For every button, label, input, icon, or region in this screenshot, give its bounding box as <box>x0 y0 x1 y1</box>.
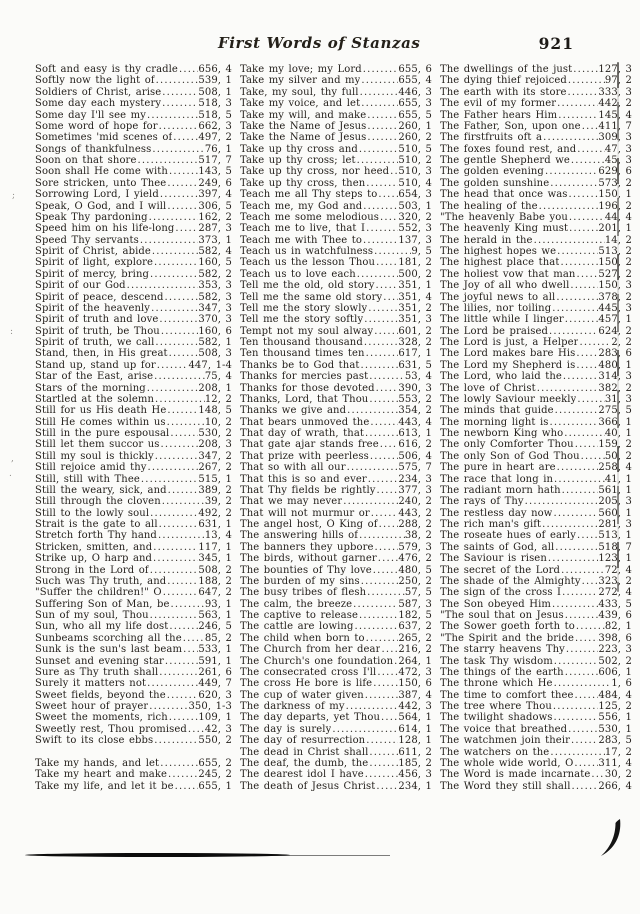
entry-ref: 351, 4 <box>398 292 432 303</box>
entry-first-words: The Word they still shall <box>440 781 571 792</box>
index-entry: Speak, O God, and I will................… <box>35 201 232 212</box>
entry-ref: 582, 4 <box>198 246 232 257</box>
dot-leader: ........................................… <box>367 303 398 314</box>
index-entry: Strike up, O harp and...................… <box>35 553 232 564</box>
entry-first-words: Strong in the Lord of <box>35 565 149 576</box>
entry-first-words: Thanks for mercies past <box>240 371 368 382</box>
entry-ref: 260, 1 <box>398 121 432 132</box>
entry-first-words: The child when born to <box>240 633 365 644</box>
dot-leader: ........................................… <box>149 565 199 576</box>
dot-leader: ........................................… <box>187 724 205 735</box>
entry-ref: 397, 4 <box>198 189 232 200</box>
entry-first-words: Stretch forth Thy hand <box>35 530 157 541</box>
entry-first-words: Take my life, and let it be <box>35 781 174 792</box>
dot-leader: ........................................… <box>563 428 605 439</box>
entry-first-words: Star of the East, arise <box>35 371 153 382</box>
entry-first-words: That gate ajar stands free <box>240 439 379 450</box>
entry-ref: 160, 5 <box>198 257 232 268</box>
index-entry: The watchers on the.....................… <box>440 747 632 758</box>
dot-leader: ........................................… <box>564 610 599 621</box>
entry-first-words: That will not murmur or <box>240 508 370 519</box>
index-entry: Teach me some melodious.................… <box>240 212 432 223</box>
index-entry: Songs of thankfulness...................… <box>35 144 232 155</box>
entry-first-words: The dead in Christ shall <box>240 747 368 758</box>
dot-leader: ........................................… <box>152 542 198 553</box>
entry-ref: 148, 5 <box>198 405 232 416</box>
index-entry: The radiant morn hath...................… <box>440 485 632 496</box>
entry-ref: 506, 4 <box>398 451 432 462</box>
entry-ref: 109, 1 <box>198 712 232 723</box>
entry-ref: 351, 2 <box>398 303 432 314</box>
entry-first-words: The Lord makes bare His <box>440 348 575 359</box>
index-entry: Teach us to love each...................… <box>240 269 432 280</box>
dot-leader: ........................................… <box>170 599 205 610</box>
dot-leader: ........................................… <box>369 417 398 428</box>
index-entry: Tell me the same old story..............… <box>240 292 432 303</box>
entry-first-words: That day of wrath, that <box>240 428 364 439</box>
entry-ref: 513, 2 <box>598 246 632 257</box>
dot-leader: ........................................… <box>342 496 398 507</box>
index-entry: "The Spirit and the bride...............… <box>440 633 632 644</box>
entry-first-words: Take up thy cross; let <box>240 155 356 166</box>
entry-ref: 484, 4 <box>598 690 632 701</box>
entry-ref: 508, 2 <box>198 565 232 576</box>
index-entry: That prize with peerless................… <box>240 451 432 462</box>
entry-first-words: The cattle are lowing <box>240 621 353 632</box>
entry-ref: 261, 6 <box>198 667 232 678</box>
index-entry: Sunk is the sun's last beam.............… <box>35 644 232 655</box>
index-entry: The dead in Christ shall................… <box>240 747 432 758</box>
dot-leader: ........................................… <box>161 496 205 507</box>
entry-first-words: That so with all our <box>240 462 346 473</box>
dot-leader: ........................................… <box>375 280 399 291</box>
entry-first-words: Tell me the old, old story <box>240 280 375 291</box>
index-entry: Stand, then, in His great...............… <box>35 348 232 359</box>
entry-ref: 624, 2 <box>598 326 632 337</box>
index-entry: The Word is made incarnate..............… <box>440 769 632 780</box>
entry-first-words: Take the Name of Jesus <box>240 121 366 132</box>
dot-leader: ........................................… <box>369 451 399 462</box>
entry-ref: 476, 2 <box>398 553 432 564</box>
entry-first-words: Teach us to love each <box>240 269 356 280</box>
dot-leader: ........................................… <box>590 769 604 780</box>
entry-ref: 185, 2 <box>398 758 432 769</box>
index-entry: Still my soul is thickly................… <box>35 451 232 462</box>
dot-leader: ........................................… <box>346 462 399 473</box>
entry-first-words: The task Thy wisdom <box>440 656 553 667</box>
dot-leader: ........................................… <box>365 735 398 746</box>
entry-first-words: The dearest idol I have <box>240 769 364 780</box>
dot-leader: ........................................… <box>360 576 399 587</box>
entry-first-words: The Son obeyed Him <box>440 599 551 610</box>
index-entry: Take up thy cross and...................… <box>240 144 432 155</box>
entry-ref: 631, 1 <box>198 519 232 530</box>
index-entry: The rich man's gift.....................… <box>440 519 632 530</box>
entry-ref: 601, 2 <box>398 326 432 337</box>
entry-first-words: Sunbeams scorching all the <box>35 633 182 644</box>
dot-leader: ........................................… <box>568 212 605 223</box>
entry-first-words: Still rejoice amid thy <box>35 462 147 473</box>
entry-first-words: Still through the cloven <box>35 496 161 507</box>
dot-leader: ........................................… <box>556 98 598 109</box>
index-entry: Ten thousand times ten..................… <box>240 348 432 359</box>
dot-leader: ........................................… <box>182 633 205 644</box>
dot-leader: ........................................… <box>154 337 198 348</box>
entry-ref: 533, 1 <box>198 644 232 655</box>
entry-ref: 13, 4 <box>205 530 232 541</box>
entry-ref: 560, 1 <box>598 508 632 519</box>
dot-leader: ........................................… <box>168 712 199 723</box>
entry-ref: 145, 4 <box>598 110 632 121</box>
entry-first-words: Spirit of Christ, abide <box>35 246 151 257</box>
entry-first-words: Take my love; my Lord <box>240 64 362 75</box>
entry-ref: 39, 2 <box>205 496 232 507</box>
entry-first-words: The cup of water given <box>240 690 364 701</box>
index-entry: The Joy of all who dwell................… <box>440 280 632 291</box>
dot-leader: ........................................… <box>360 98 398 109</box>
entry-ref: 656, 4 <box>198 64 232 75</box>
index-entry: The angel host, O King of...............… <box>240 519 432 530</box>
dot-leader: ........................................… <box>569 280 598 291</box>
dot-leader: ........................................… <box>375 781 398 792</box>
entry-first-words: Tempt not my soul alway <box>240 326 373 337</box>
dot-leader: ........................................… <box>368 747 398 758</box>
entry-ref: 398, 6 <box>598 633 632 644</box>
entry-ref: 443, 2 <box>398 508 432 519</box>
entry-first-words: "The Spirit and the bride <box>440 633 574 644</box>
entry-first-words: Soon shall He come with <box>35 166 168 177</box>
dot-leader: ........................................… <box>157 530 205 541</box>
dot-leader: ........................................… <box>358 144 399 155</box>
index-entry: Sweet fields, beyond the................… <box>35 690 232 701</box>
entry-first-words: Spirit of truth, be Thou <box>35 326 160 337</box>
dot-leader: ........................................… <box>166 405 198 416</box>
index-entry: Still the weary, sick, and..............… <box>35 485 232 496</box>
entry-first-words: That Thy fields be rightly <box>240 485 376 496</box>
dot-leader: ........................................… <box>164 656 198 667</box>
index-entry: The twilight shadows....................… <box>440 712 632 723</box>
entry-first-words: The healing of the <box>440 201 538 212</box>
entry-first-words: Take up thy cross, nor heed <box>240 166 389 177</box>
index-entry: Take up thy cross; let..................… <box>240 155 432 166</box>
entry-ref: 309, 3 <box>598 132 632 143</box>
dot-leader: ........................................… <box>160 439 199 450</box>
index-entry: Spirit of Christ, abide.................… <box>35 246 232 257</box>
dot-leader: ........................................… <box>148 701 188 712</box>
index-entry: The Father, Son, upon one...............… <box>440 121 632 132</box>
dot-leader: ........................................… <box>168 166 198 177</box>
entry-ref: 216, 2 <box>398 644 432 655</box>
entry-ref: 655, 1 <box>198 781 232 792</box>
entry-ref: 160, 6 <box>198 326 232 337</box>
entry-ref: 373, 1 <box>198 235 232 246</box>
entry-ref: 613, 1 <box>398 428 432 439</box>
entry-ref: 472, 3 <box>398 667 432 678</box>
scan-vertical-line-artifact <box>617 62 619 592</box>
entry-ref: 272, 4 <box>598 587 632 598</box>
entry-first-words: Speed Thy servants <box>35 235 139 246</box>
dot-leader: ........................................… <box>568 189 599 200</box>
entry-ref: 447, 1-4 <box>188 360 232 371</box>
entry-first-words: Speed him on his life-long <box>35 223 174 234</box>
scan-speck: : <box>10 328 13 337</box>
entry-first-words: The heavenly King must <box>440 223 568 234</box>
entry-ref: 620, 3 <box>198 690 232 701</box>
dot-leader: ........................................… <box>139 235 199 246</box>
entry-ref: 582, 2 <box>198 269 232 280</box>
entry-ref: 442, 2 <box>598 98 632 109</box>
entry-first-words: Such was Thy truth, and <box>35 576 166 587</box>
dot-leader: ........................................… <box>556 462 599 473</box>
index-entry: The burden of my sins...................… <box>240 576 432 587</box>
entry-first-words: The Lord be praised <box>440 326 548 337</box>
entry-first-words: The rich man's gift <box>440 519 541 530</box>
entry-first-words: Ten thousand times ten <box>240 348 365 359</box>
index-entry: The holiest vow that man................… <box>440 269 632 280</box>
index-entry: Teach me, my God and....................… <box>240 201 432 212</box>
dot-leader: ........................................… <box>152 553 198 564</box>
entry-ref: 267, 2 <box>198 462 232 473</box>
index-entry: Still rejoice amid thy..................… <box>35 462 232 473</box>
index-entry: The head that once was..................… <box>440 189 632 200</box>
dot-leader: ........................................… <box>147 462 199 473</box>
dot-leader: ........................................… <box>573 758 598 769</box>
index-entry: The golden evening......................… <box>440 166 632 177</box>
dot-leader: ........................................… <box>379 439 399 450</box>
index-entry: The captive to release..................… <box>240 610 432 621</box>
entry-ref: 517, 7 <box>198 155 232 166</box>
dot-leader: ........................................… <box>366 132 398 143</box>
entry-ref: 518, 3 <box>198 98 232 109</box>
entry-ref: 527, 2 <box>598 269 632 280</box>
dot-leader: ........................................… <box>158 121 199 132</box>
entry-ref: 12, 2 <box>205 394 232 405</box>
entry-first-words: The restless day now <box>440 508 552 519</box>
index-entry: The morning light is....................… <box>440 417 632 428</box>
entry-ref: 480, 5 <box>398 565 432 576</box>
index-entry: Sun of my soul, Thou....................… <box>35 610 232 621</box>
entry-first-words: Thanks we give and <box>240 405 346 416</box>
index-entry: That will not murmur or.................… <box>240 508 432 519</box>
entry-first-words: The Church from her dear <box>240 644 380 655</box>
dot-leader: ........................................… <box>159 758 198 769</box>
entry-ref: 38, 2 <box>405 530 432 541</box>
dot-leader: ........................................… <box>363 337 399 348</box>
index-entry: Thanks we give and......................… <box>240 405 432 416</box>
dot-leader: ........................................… <box>178 64 198 75</box>
dot-leader: ........................................… <box>153 257 198 268</box>
index-entry: The Father hears Him....................… <box>440 110 632 121</box>
index-entry: Take the Name of Jesus..................… <box>240 121 432 132</box>
entry-ref: 162, 2 <box>198 212 232 223</box>
index-entry: Sweet the moments, rich.................… <box>35 712 232 723</box>
dot-leader: ........................................… <box>568 223 598 234</box>
entry-ref: 606, 1 <box>598 667 632 678</box>
dot-leader: ........................................… <box>356 155 399 166</box>
index-entry: Spirit of truth and love................… <box>35 314 232 325</box>
entry-first-words: "The heavenly Babe you <box>440 212 568 223</box>
index-entry: Take up thy cross, then.................… <box>240 178 432 189</box>
entry-first-words: That this is so and ever <box>240 474 367 485</box>
index-entry: Sweetly rest, Thou promised.............… <box>35 724 232 735</box>
dot-leader: ........................................… <box>567 87 599 98</box>
index-entry: The cross He bore is life...............… <box>240 678 432 689</box>
index-entry: Speak Thy pardoning.....................… <box>35 212 232 223</box>
entry-ref: 127, 3 <box>598 64 632 75</box>
entry-first-words: Sun, who all my life dost <box>35 621 168 632</box>
entry-ref: 378, 2 <box>598 292 632 303</box>
entry-first-words: The Joy of all who dwell <box>440 280 569 291</box>
index-entry: The newborn King who....................… <box>440 428 632 439</box>
index-entry: That so with all our....................… <box>240 462 432 473</box>
entry-first-words: The rays of Thy <box>440 496 524 507</box>
dot-leader: ........................................… <box>571 781 599 792</box>
index-entry: The things of the earth.................… <box>440 667 632 678</box>
entry-first-words: Sweet fields, beyond the <box>35 690 166 701</box>
entry-first-words: The calm, the breeze <box>240 599 352 610</box>
index-entry: The herald in the.......................… <box>440 235 632 246</box>
index-entry: Still for us His death He...............… <box>35 405 232 416</box>
entry-first-words: The firstfruits oft a <box>440 132 542 143</box>
index-entry: Strong in the Lord of...................… <box>35 565 232 576</box>
index-entry: That day of wrath, that.................… <box>240 428 432 439</box>
entry-ref: 208, 1 <box>198 383 232 394</box>
entry-ref: 53, 4 <box>405 371 432 382</box>
dot-leader: ........................................… <box>567 75 605 86</box>
index-entry: The pure in heart are...................… <box>440 462 632 473</box>
index-column-1: Soft and easy is thy cradle.............… <box>35 64 232 792</box>
entry-ref: 556, 1 <box>598 712 632 723</box>
entry-first-words: The head that once was <box>440 189 568 200</box>
entry-first-words: Teach us in watchfulness <box>240 246 373 257</box>
dot-leader: ........................................… <box>574 633 598 644</box>
entry-first-words: The voice that breathed <box>440 724 567 735</box>
entry-first-words: The only Comforter Thou <box>440 439 574 450</box>
dot-leader: ........................................… <box>149 508 198 519</box>
scan-speck: ; <box>12 192 15 201</box>
entry-ref: 260, 2 <box>398 132 432 143</box>
entry-first-words: Teach me to live, that I <box>240 223 365 234</box>
entry-first-words: The starry heavens Thy <box>440 644 565 655</box>
entry-ref: 654, 3 <box>398 189 432 200</box>
index-entry: Speed him on his life-long..............… <box>35 223 232 234</box>
entry-first-words: Still my soul is thickly <box>35 451 154 462</box>
entry-ref: 347, 2 <box>198 451 232 462</box>
dot-leader: ........................................… <box>565 644 598 655</box>
entry-first-words: Stars of the morning <box>35 383 146 394</box>
entry-ref: 617, 1 <box>398 348 432 359</box>
entry-first-words: The Lord my Shepherd is <box>440 360 575 371</box>
index-entry: The death of Jesus Christ...............… <box>240 781 432 792</box>
entry-first-words: The race that long in <box>440 474 553 485</box>
entry-first-words: Still, still with Thee <box>35 474 140 485</box>
index-entry: The heavenly King must..................… <box>440 223 632 234</box>
index-entry: The restless day now....................… <box>440 508 632 519</box>
index-entry: Spirit of light, explore................… <box>35 257 232 268</box>
entry-ref: 137, 3 <box>398 235 432 246</box>
dot-leader: ........................................… <box>182 644 198 655</box>
entry-ref: 57, 5 <box>405 587 432 598</box>
dot-leader: ........................................… <box>346 405 398 416</box>
entry-ref: 377, 3 <box>398 485 432 496</box>
entry-first-words: The burden of my sins <box>240 576 360 587</box>
index-entry: Swift to its close ebbs.................… <box>35 735 232 746</box>
entry-first-words: Sun of my soul, Thou <box>35 610 149 621</box>
index-entry: The rays of Thy.........................… <box>440 496 632 507</box>
dot-leader: ........................................… <box>581 121 599 132</box>
index-entry: That this is so and ever................… <box>240 474 432 485</box>
index-entry: The Church's one foundation.............… <box>240 656 432 667</box>
entry-ref: 205, 3 <box>598 496 632 507</box>
dot-leader: ........................................… <box>167 769 198 780</box>
dot-leader: ........................................… <box>576 530 598 541</box>
entry-ref: 351, 1 <box>398 280 432 291</box>
entry-ref: 123, 1 <box>598 553 632 564</box>
index-entry: The Lord my Shepherd is.................… <box>440 360 632 371</box>
index-entry: The voice that breathed.................… <box>440 724 632 735</box>
index-columns: Soft and easy is thy cradle.............… <box>35 64 632 792</box>
entry-first-words: The earth with its store <box>440 87 567 98</box>
index-entry: Still, still with Thee..................… <box>35 474 232 485</box>
entry-first-words: The little while I linger <box>440 314 564 325</box>
index-entry: Stricken, smitten, and..................… <box>35 542 232 553</box>
entry-first-words: The lowly Saviour meekly <box>440 394 576 405</box>
entry-ref: 508, 3 <box>198 348 232 359</box>
entry-ref: 333, 3 <box>598 87 632 98</box>
entry-ref: 266, 4 <box>598 781 632 792</box>
entry-first-words: Teach me all Thy steps to <box>240 189 377 200</box>
index-entry: The answering hills of..................… <box>240 530 432 541</box>
dot-leader: ........................................… <box>164 292 199 303</box>
index-entry: The Sower goeth forth to................… <box>440 621 632 632</box>
entry-first-words: The highest hopes we <box>440 246 556 257</box>
entry-ref: 631, 5 <box>398 360 432 371</box>
dot-leader: ........................................… <box>364 428 398 439</box>
entry-ref: 9, 5 <box>411 246 432 257</box>
entry-first-words: The Father hears Him <box>440 110 557 121</box>
entry-first-words: Tell me the story slowly <box>240 303 367 314</box>
entry-ref: 411, 7 <box>598 121 632 132</box>
entry-first-words: The shade of the Almighty <box>440 576 581 587</box>
entry-first-words: The bounties of Thy love <box>240 565 372 576</box>
entry-ref: 150, 6 <box>398 678 432 689</box>
dot-leader: ........................................… <box>358 530 405 541</box>
entry-first-words: The joyful news to all <box>440 292 555 303</box>
dot-leader: ........................................… <box>166 201 198 212</box>
dot-leader: ........................................… <box>372 565 399 576</box>
dot-leader: ........................................… <box>360 75 398 86</box>
index-entry: Sorrowing Lord, I yield.................… <box>35 189 232 200</box>
dot-leader: ........................................… <box>136 155 198 166</box>
dot-leader: ........................................… <box>140 474 199 485</box>
index-entry: Take my heart and make..................… <box>35 769 232 780</box>
entry-ref: 275, 5 <box>598 405 632 416</box>
dot-leader: ........................................… <box>356 269 399 280</box>
entry-first-words: Teach us the lesson Thou <box>240 257 375 268</box>
entry-ref: 93, 1 <box>205 599 232 610</box>
index-entry: The cup of water given..................… <box>240 690 432 701</box>
entry-ref: 573, 2 <box>598 178 632 189</box>
index-entry: The shade of the Almighty...............… <box>440 576 632 587</box>
dot-leader: ........................................… <box>353 621 398 632</box>
entry-ref: 281, 3 <box>598 519 632 530</box>
entry-first-words: The birds, without garner <box>240 553 377 564</box>
entry-ref: 539, 1 <box>198 75 232 86</box>
entry-ref: 382, 2 <box>598 383 632 394</box>
dot-leader: ........................................… <box>378 519 399 530</box>
entry-first-words: Some day each mystery <box>35 98 161 109</box>
entry-ref: 353, 3 <box>198 280 232 291</box>
